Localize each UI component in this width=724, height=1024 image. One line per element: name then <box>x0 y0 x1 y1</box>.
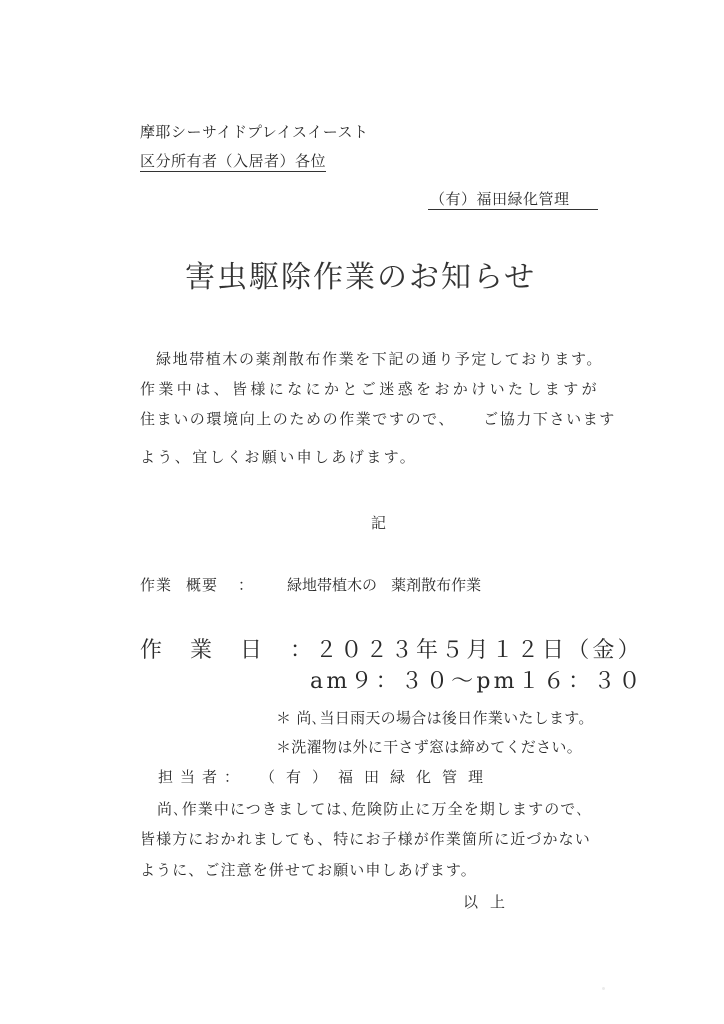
document-title: 害虫駆除作業のお知らせ <box>185 252 536 296</box>
contact-value: （有）福田緑化管理 <box>260 766 494 787</box>
contact-label: 担当者： <box>158 768 246 786</box>
body-line-part: 住まいの環境向上のための作業ですので、 <box>140 410 455 428</box>
closing-mark: 以上 <box>463 891 517 912</box>
work-date-value: ：２０２３年５月１２日（金） <box>290 633 643 664</box>
recipient-building: 摩耶シーサイドプレイスイースト <box>140 121 368 142</box>
note-laundry: ＊洗濯物は外に干さず窓は締めてください。 <box>276 736 582 757</box>
recipient-owners: 区分所有者（入居者）各位 <box>140 150 326 171</box>
tail-line: ように、ご注意を併せてお願い申しあげます。 <box>140 859 477 880</box>
body-line: 緑地帯植木の薬剤散布作業を下記の通り予定しております。 <box>156 348 603 369</box>
summary-label-2: 概要 <box>186 574 218 595</box>
work-date-label: 作業日 <box>140 633 290 664</box>
summary-colon: ： <box>238 574 253 595</box>
date-label-char: 業 <box>190 633 240 664</box>
work-time-value: am９：３０〜pm１６：３０ <box>310 664 644 695</box>
note-rain: ＊ 尚､当日雨天の場合は後日作業いたします。 <box>276 707 594 728</box>
ki-heading: 記 <box>371 512 386 533</box>
summary-label-1: 作業 <box>140 574 172 595</box>
date-label-char: 日 <box>240 633 290 664</box>
sender: （有）福田緑化管理 <box>428 188 598 210</box>
summary-value-1: 緑地帯植木の <box>287 576 377 594</box>
scan-artifact <box>602 987 605 990</box>
summary-value-2: 薬剤散布作業 <box>391 576 481 594</box>
body-line: よう、宜しくお願い申しあげます。 <box>140 446 417 467</box>
tail-line: 皆様方におかれましても、特にお子様が作業箇所に近づかない <box>140 828 591 849</box>
recipient-owners-text: 区分所有者（入居者）各位 <box>140 152 326 172</box>
summary-value: 緑地帯植木の薬剤散布作業 <box>287 574 481 595</box>
body-line: 作業中は、皆様になにかとご迷惑をおかけいたしますが <box>140 378 600 399</box>
work-summary-row: 作業概要：緑地帯植木の薬剤散布作業 <box>140 574 481 595</box>
body-line-part: ご協力下さいます <box>483 410 616 428</box>
contact-row: 担当者：（有）福田緑化管理 <box>158 766 494 787</box>
date-label-char: 作 <box>140 633 190 664</box>
body-line: 住まいの環境向上のための作業ですので、ご協力下さいます <box>140 408 616 429</box>
tail-line: 尚､作業中につきましては､危険防止に万全を期しますので､ <box>157 798 585 819</box>
